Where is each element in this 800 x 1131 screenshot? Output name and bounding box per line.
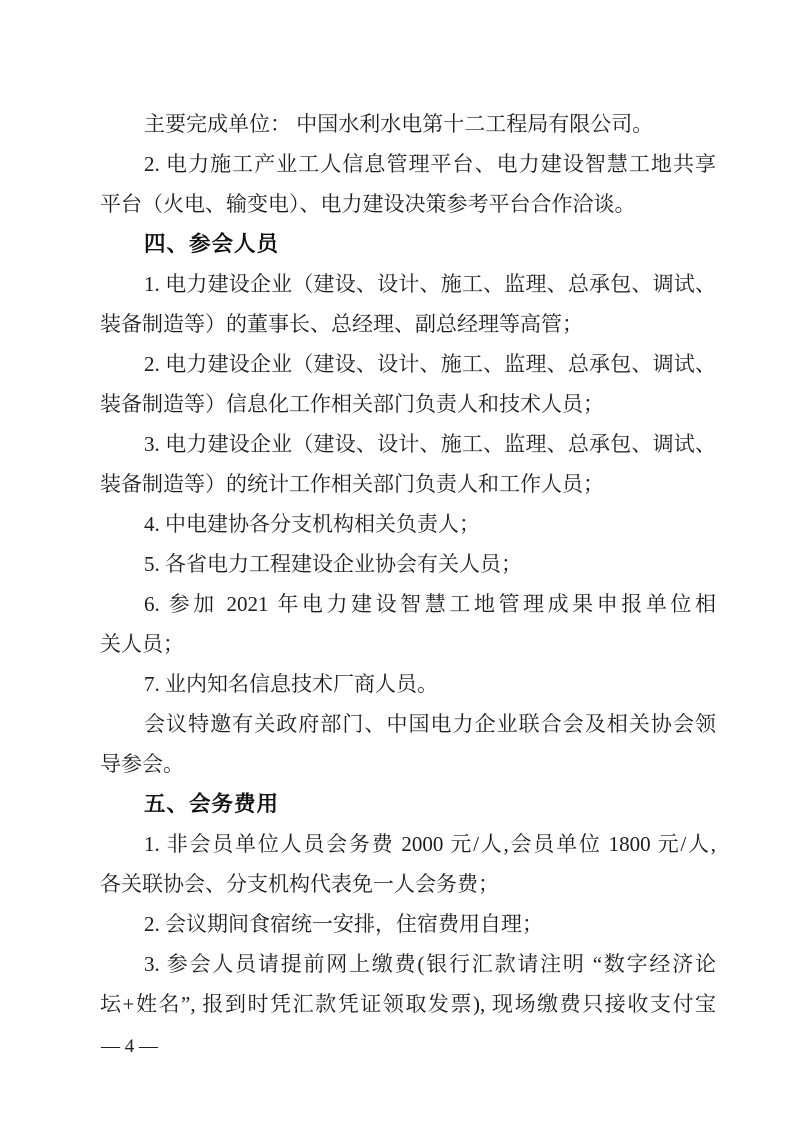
text-line: 3. 电力建设企业（建设、设计、施工、监理、总承包、调试、 — [100, 424, 716, 464]
text-line: 2. 会议期间食宿统一安排，住宿费用自理； — [100, 904, 716, 944]
text-line: 导参会。 — [100, 744, 716, 784]
text-line: 2. 电力建设企业（建设、设计、施工、监理、总承包、调试、 — [100, 344, 716, 384]
section-heading: 四、参会人员 — [100, 224, 716, 264]
text-line: 关人员； — [100, 624, 716, 664]
text-line: 坛+姓名”, 报到时凭汇款凭证领取发票), 现场缴费只接收支付宝 — [100, 984, 716, 1024]
text-line: 2. 电力施工产业工人信息管理平台、电力建设智慧工地共享 — [100, 144, 716, 184]
text-line: 5. 各省电力工程建设企业协会有关人员； — [100, 544, 716, 584]
text-line: 3. 参会人员请提前网上缴费(银行汇款请注明 “数字经济论 — [100, 944, 716, 984]
text-line: 装备制造等）的统计工作相关部门负责人和工作人员； — [100, 464, 716, 504]
text-line: 主要完成单位： 中国水利水电第十二工程局有限公司。 — [100, 104, 716, 144]
text-line: 会议特邀有关政府部门、中国电力企业联合会及相关协会领 — [100, 704, 716, 744]
document-body: 主要完成单位： 中国水利水电第十二工程局有限公司。2. 电力施工产业工人信息管理… — [100, 104, 716, 1024]
section-heading: 五、会务费用 — [100, 784, 716, 824]
page-number: — 4 — — [101, 1032, 158, 1062]
text-line: 4. 中电建协各分支机构相关负责人； — [100, 504, 716, 544]
text-line: 6. 参加 2021 年电力建设智慧工地管理成果申报单位相 — [100, 584, 716, 624]
text-line: 平台（火电、输变电）、电力建设决策参考平台合作洽谈。 — [100, 184, 716, 224]
text-line: 7. 业内知名信息技术厂商人员。 — [100, 664, 716, 704]
text-line: 装备制造等）的董事长、总经理、副总经理等高管； — [100, 304, 716, 344]
text-line: 1. 非会员单位人员会务费 2000 元/人,会员单位 1800 元/人, — [100, 824, 716, 864]
text-line: 1. 电力建设企业（建设、设计、施工、监理、总承包、调试、 — [100, 264, 716, 304]
text-line: 装备制造等）信息化工作相关部门负责人和技术人员； — [100, 384, 716, 424]
text-line: 各关联协会、分支机构代表免一人会务费； — [100, 864, 716, 904]
document-page: 主要完成单位： 中国水利水电第十二工程局有限公司。2. 电力施工产业工人信息管理… — [0, 0, 800, 1131]
